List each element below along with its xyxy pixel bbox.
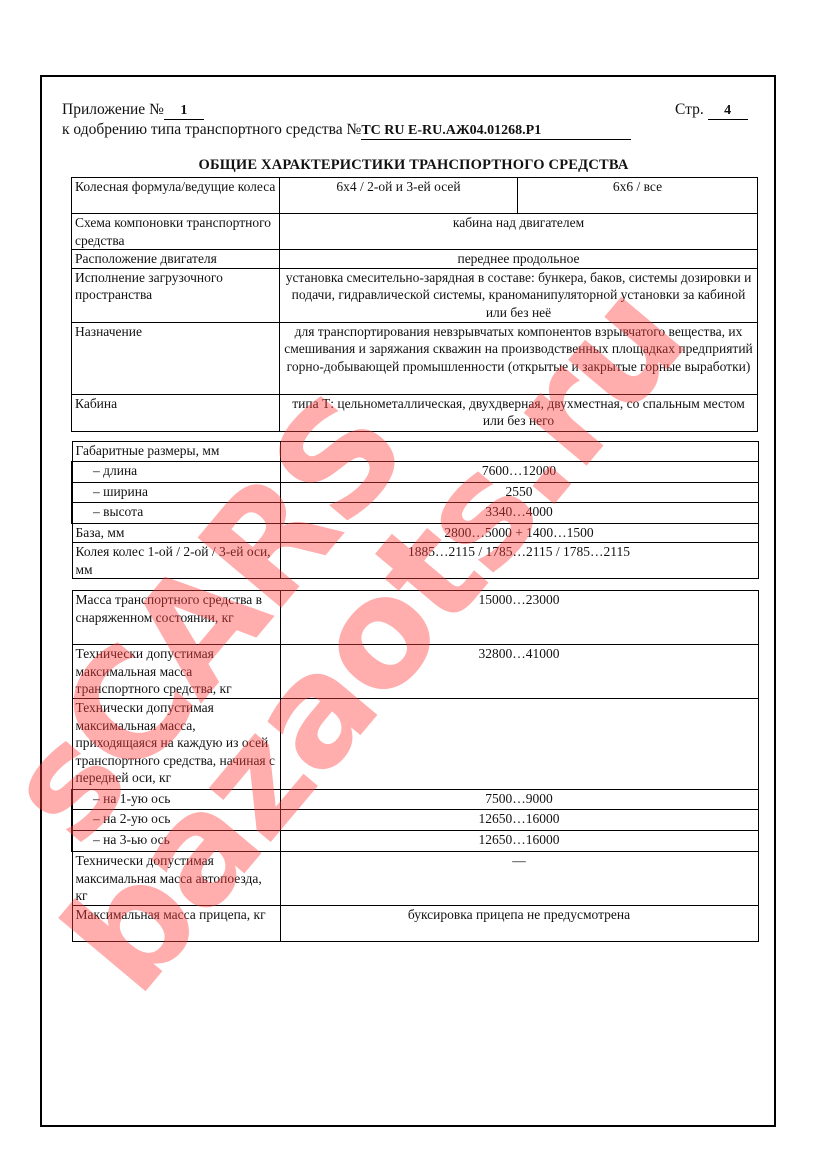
row-value: 7500…9000 xyxy=(280,790,758,810)
row-label: Исполнение загрузочного пространства xyxy=(72,268,280,322)
row-label: Колесная формула/ведущие колеса xyxy=(72,178,280,214)
row-value: 2550 xyxy=(280,483,758,503)
row-value: типа Т: цельнометаллическая, двухдверная… xyxy=(280,394,758,431)
table-row: – ширина 2550 xyxy=(72,483,758,503)
row-value: 6x4 / 2-ой и 3-ей осей xyxy=(280,178,518,214)
row-label: – на 3-ью ось xyxy=(72,831,280,852)
row-value: 7600…12000 xyxy=(280,462,758,483)
row-label: Кабина xyxy=(72,394,280,431)
row-label: Схема компоновки транспортного средства xyxy=(72,214,280,250)
table-row: – на 3-ью ось 12650…16000 xyxy=(72,831,758,852)
row-value: 3340…4000 xyxy=(280,503,758,524)
approval-number: ТС RU E-RU.АЖ04.01268.Р1 xyxy=(361,123,631,140)
row-value: переднее продольное xyxy=(280,250,758,269)
table-row: – высота 3340…4000 xyxy=(72,503,758,524)
table-row: Масса транспортного средства в снаряженн… xyxy=(72,591,758,645)
row-value: 15000…23000 xyxy=(280,591,758,645)
appendix-number: 1 xyxy=(164,103,204,120)
row-label: Технически допустимая максимальная масса… xyxy=(72,645,280,699)
table-row: – на 1-ую ось 7500…9000 xyxy=(72,790,758,810)
row-value: 2800…5000 + 1400…1500 xyxy=(280,524,758,543)
row-value: 32800…41000 xyxy=(280,645,758,699)
table-row: База, мм 2800…5000 + 1400…1500 xyxy=(72,524,758,543)
table-row: Назначение для транспортирования невзрыв… xyxy=(72,322,758,394)
row-value: буксировка прицепа не предусмотрена xyxy=(280,906,758,942)
row-label: Габаритные размеры, мм xyxy=(72,442,280,462)
row-label: Назначение xyxy=(72,322,280,394)
row-value: 12650…16000 xyxy=(280,831,758,852)
row-label: Масса транспортного средства в снаряженн… xyxy=(72,591,280,645)
row-value xyxy=(280,442,758,462)
dimensions-table: Габаритные размеры, мм – длина 7600…1200… xyxy=(71,441,759,579)
row-label: – на 2-ую ось xyxy=(72,810,280,831)
row-label: Максимальная масса прицепа, кг xyxy=(72,906,280,942)
approval-label: к одобрению типа транспортного средства … xyxy=(62,121,361,138)
table-row: Максимальная масса прицепа, кг буксировк… xyxy=(72,906,758,942)
general-characteristics-table: Колесная формула/ведущие колеса 6x4 / 2-… xyxy=(71,177,758,432)
page-number-line: Стр. 4 xyxy=(675,101,748,120)
table-row: Технически допустимая максимальная масса… xyxy=(72,699,758,790)
table-row: Технически допустимая максимальная масса… xyxy=(72,645,758,699)
page-label: Стр. xyxy=(675,101,704,118)
row-value: 12650…16000 xyxy=(280,810,758,831)
row-label: Технически допустимая максимальная масса… xyxy=(72,852,280,906)
appendix-line: Приложение №1 xyxy=(62,101,204,120)
row-label: – длина xyxy=(72,462,280,483)
row-value xyxy=(280,699,758,790)
appendix-label: Приложение № xyxy=(62,101,164,118)
row-value: 1885…2115 / 1785…2115 / 1785…2115 xyxy=(280,543,758,579)
document-title: ОБЩИЕ ХАРАКТЕРИСТИКИ ТРАНСПОРТНОГО СРЕДС… xyxy=(0,157,827,174)
table-row: Схема компоновки транспортного средства … xyxy=(72,214,758,250)
table-row: – на 2-ую ось 12650…16000 xyxy=(72,810,758,831)
row-value: — xyxy=(280,852,758,906)
row-label: База, мм xyxy=(72,524,280,543)
table-row: Кабина типа Т: цельнометаллическая, двух… xyxy=(72,394,758,431)
table-row: Габаритные размеры, мм xyxy=(72,442,758,462)
page-number: 4 xyxy=(708,103,748,120)
approval-line: к одобрению типа транспортного средства … xyxy=(62,121,631,140)
row-label: Колея колес 1-ой / 2-ой / 3-ей оси, мм xyxy=(72,543,280,579)
row-label: – ширина xyxy=(72,483,280,503)
row-value: установка смесительно-зарядная в составе… xyxy=(280,268,758,322)
row-value: для транспортирования невзрывчатых компо… xyxy=(280,322,758,394)
row-value: кабина над двигателем xyxy=(280,214,758,250)
row-value: 6x6 / все xyxy=(518,178,758,214)
table-row: Колесная формула/ведущие колеса 6x4 / 2-… xyxy=(72,178,758,214)
table-row: Исполнение загрузочного пространства уст… xyxy=(72,268,758,322)
table-row: – длина 7600…12000 xyxy=(72,462,758,483)
mass-table: Масса транспортного средства в снаряженн… xyxy=(71,590,759,942)
row-label: – высота xyxy=(72,503,280,524)
row-label: Расположение двигателя xyxy=(72,250,280,269)
table-row: Расположение двигателя переднее продольн… xyxy=(72,250,758,269)
row-label: – на 1-ую ось xyxy=(72,790,280,810)
row-label: Технически допустимая максимальная масса… xyxy=(72,699,280,790)
table-row: Колея колес 1-ой / 2-ой / 3-ей оси, мм 1… xyxy=(72,543,758,579)
table-row: Технически допустимая максимальная масса… xyxy=(72,852,758,906)
